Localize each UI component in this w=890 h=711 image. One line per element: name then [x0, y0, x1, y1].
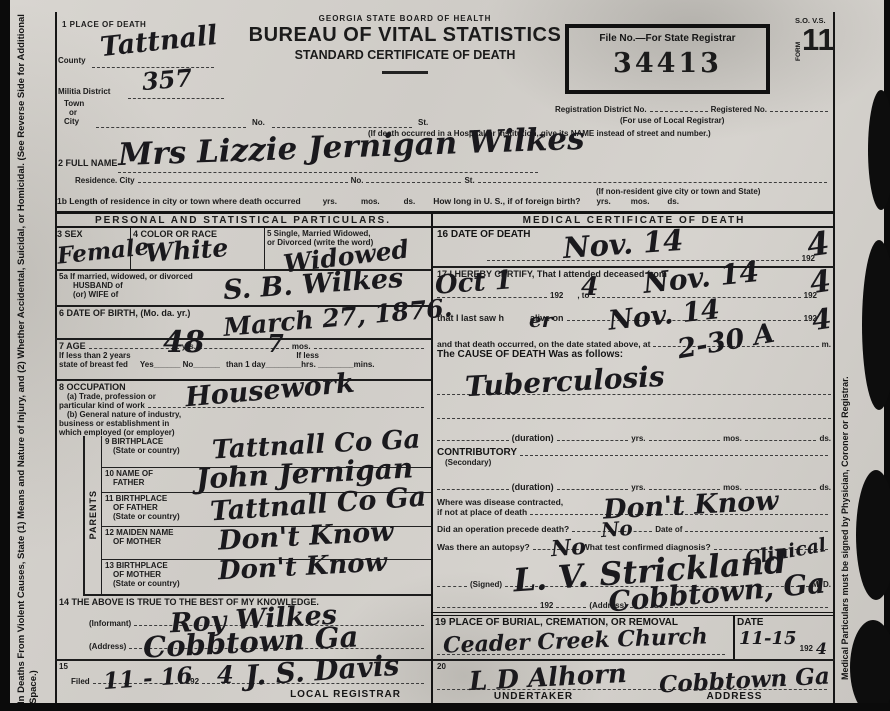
rule-line: [118, 171, 538, 173]
right-margin-note: Medical Particulars must be signed by Ph…: [840, 120, 854, 680]
row-burial: 19 PLACE OF BURIAL, CREMATION, OR REMOVA…: [433, 616, 835, 661]
rule-line: [650, 110, 708, 112]
ds-label: ds.: [819, 434, 831, 443]
row-age: 7 AGE yrs. mos. If less than 2 years If …: [55, 340, 431, 381]
file-number: 34413: [569, 48, 766, 79]
length-of-residence-row: 1b Length of residence in city or town w…: [57, 196, 833, 206]
rule-line: [649, 439, 721, 441]
parents-rows: 9 BIRTHPLACE (State or country) Tattnall…: [102, 436, 431, 594]
full-name-label: 2 FULL NAME: [58, 158, 117, 168]
rule-line: [96, 126, 246, 128]
rule-line: [314, 347, 424, 349]
scan-artifact: [862, 240, 890, 410]
age-line3a: state of breast fed: [59, 360, 128, 369]
age-years-handwriting: 48: [163, 328, 205, 358]
mos-label: mos.: [361, 197, 380, 206]
row-undertaker: 20 L D Alhorn Cobbtown Ga UNDERTAKER ADD…: [433, 661, 835, 703]
duration-label: (duration): [512, 433, 554, 443]
rule-line: [437, 606, 537, 608]
medical-column: MEDICAL CERTIFICATE OF DEATH 16 DATE OF …: [433, 214, 835, 703]
row-blank-line: [433, 400, 835, 422]
burial-date-handwriting: 11-15: [739, 630, 797, 648]
rule-line: [437, 439, 509, 441]
date-of-death-year-handwriting: 4: [805, 227, 832, 262]
row-contributory: CONTRIBUTORY (Secondary): [433, 446, 835, 471]
date-of-label: Date of: [655, 525, 682, 534]
color-race-field: 4 COLOR OR RACE White: [131, 228, 265, 269]
ds-label: ds.: [404, 197, 416, 206]
county-label: County: [58, 56, 86, 65]
rule-line: [685, 530, 828, 532]
rule-line: [478, 181, 827, 183]
m-label: m.: [822, 340, 831, 349]
bureau-title: BUREAU OF VITAL STATISTICS: [245, 24, 565, 47]
town-label: Town: [64, 99, 84, 108]
residence-row: Residence. City No. St.: [75, 176, 830, 185]
rule-line: [437, 417, 831, 419]
marital-field: 5 Single, Married Widowed, or Divorced (…: [265, 228, 431, 269]
contributory-label: CONTRIBUTORY: [437, 447, 517, 458]
registered-no-label: Registered No.: [711, 105, 767, 114]
file-number-box: File No.—For State Registrar 34413: [565, 24, 770, 94]
ds-label: ds.: [819, 483, 831, 492]
age-line2b: If less: [296, 351, 319, 360]
ds-label: ds.: [667, 197, 679, 206]
row-cause-value: Tuberculosis: [433, 370, 835, 400]
occupation-a2: particular kind of work: [59, 401, 145, 410]
militia-district-label: Militia District: [58, 87, 110, 96]
no-label: No.: [252, 118, 265, 127]
residence-no-label: No.: [351, 176, 364, 185]
personal-column: PERSONAL AND STATISTICAL PARTICULARS. 3 …: [55, 214, 433, 703]
age-line2a: If less than 2 years: [59, 351, 131, 360]
rule-line: [770, 110, 828, 112]
yrs-label: yrs.: [631, 483, 645, 492]
burial-place-cell: 19 PLACE OF BURIAL, CREMATION, OR REMOVA…: [433, 616, 735, 659]
attended-from-year-handwriting: 4: [581, 274, 598, 299]
death-certificate-scan: In Deaths From Violent Causes, State (1)…: [0, 0, 890, 711]
rule-line: [437, 585, 467, 587]
burial-year-handwriting: 4: [816, 641, 827, 657]
secondary-label: (Secondary): [445, 458, 831, 467]
cause-of-death-handwriting: Tuberculosis: [464, 363, 665, 401]
local-registrar-use-note: (For use of Local Registrar): [620, 116, 724, 125]
rule-line: [366, 181, 461, 183]
rule-line: [138, 181, 348, 183]
burial-place-handwriting: Ceader Creek Church: [443, 625, 708, 656]
row-filed: 15 Filed 192 11 - 16 4 J. S. Davis LOCAL…: [55, 661, 431, 703]
contracted-label-2: if not at place of death: [437, 507, 527, 517]
operation-label: Did an operation precede death?: [437, 524, 569, 534]
row-mother-birthplace: 13 BIRTHPLACE OF MOTHER (State or countr…: [102, 560, 431, 594]
year-prefix: 192: [550, 291, 563, 300]
form-body: PERSONAL AND STATISTICAL PARTICULARS. 3 …: [55, 211, 835, 703]
informant-label: (Informant): [89, 619, 131, 628]
autopsy-label: Was there an autopsy?: [437, 542, 530, 552]
or-label: or: [69, 108, 77, 117]
filed-label: Filed: [71, 677, 90, 686]
age-label: 7 AGE: [59, 341, 86, 351]
breast-fed-yes-no: Yes______ No______: [140, 360, 220, 369]
sex-field: 3 SEX Female: [55, 228, 131, 269]
parents-group: PARENTS 9 BIRTHPLACE (State or country) …: [83, 436, 431, 596]
form-number: 11: [802, 25, 835, 54]
duration-label: (duration): [512, 482, 554, 492]
informant-address-label: (Address): [89, 642, 126, 651]
date-of-death-handwriting: Nov. 14: [562, 226, 684, 263]
filed-date-handwriting: 11 - 16: [102, 664, 193, 693]
residence-st-label: St.: [464, 176, 474, 185]
personal-section-title: PERSONAL AND STATISTICAL PARTICULARS.: [55, 214, 431, 228]
row-where-contracted: Where was disease contracted, if not at …: [433, 496, 835, 523]
filed-year-handwriting: 4: [217, 663, 234, 687]
undertaker-signature-handwriting: L D Alhorn: [468, 661, 627, 695]
signed-label: (Signed): [470, 580, 502, 589]
how-long-us-label: How long in U. S., if of foreign birth?: [433, 196, 580, 206]
scan-artifact: [856, 470, 890, 600]
city-label: City: [64, 117, 79, 126]
rule-line: [557, 439, 629, 441]
militia-district-value-handwriting: 357: [141, 66, 193, 94]
yrs-label: yrs.: [631, 434, 645, 443]
registration-row: Registration District No. Registered No.: [555, 105, 831, 114]
form-id-corner: S.O. V.S. FORM 11: [795, 16, 835, 61]
scan-artifact: [868, 90, 890, 210]
non-resident-note: (If non-resident give city or town and S…: [596, 187, 760, 196]
occurred-label: and that death occurred, on the date sta…: [437, 339, 650, 349]
rule-line: [557, 488, 629, 490]
certificate-title: STANDARD CERTIFICATE OF DEATH: [245, 48, 565, 62]
year-prefix: 192: [800, 644, 813, 653]
header-rule: [382, 71, 428, 74]
mos-label: mos.: [723, 434, 742, 443]
row-duration-1: (duration) yrs. mos. ds.: [433, 422, 835, 446]
form-word: FORM: [795, 27, 802, 61]
board-title: GEORGIA STATE BOARD OF HEALTH: [245, 14, 565, 23]
burial-date-cell: DATE 11-15 192 4: [735, 616, 835, 659]
row-last-saw: that I last saw h alive on 192 er Nov. 1…: [433, 312, 835, 338]
rule-line: [520, 454, 828, 456]
yrs-label: yrs.: [323, 197, 337, 206]
attended-from-handwriting: Oct 1: [434, 267, 513, 298]
scan-artifact: [0, 0, 10, 711]
mos-label: mos.: [631, 197, 650, 206]
residence-label: Residence. City: [75, 176, 135, 185]
scan-artifact: [0, 703, 890, 711]
age-months-handwriting: 7: [267, 332, 284, 356]
rule-line: [745, 439, 817, 441]
local-registrar-caption: LOCAL REGISTRAR: [290, 689, 401, 700]
rule-line: [437, 488, 509, 490]
operation-value-handwriting: No: [600, 518, 633, 540]
file-box-title: File No.—For State Registrar: [569, 33, 766, 44]
row-signed: (Signed) M. D. L. V. Strickland 192 (Add…: [433, 563, 835, 616]
cause-of-death-label: The CAUSE OF DEATH Was as follows:: [437, 349, 831, 360]
year-prefix: 192: [540, 601, 553, 610]
last-saw-pronoun-handwriting: er: [529, 310, 552, 330]
rule-line: [556, 606, 586, 608]
left-margin-note: In Deaths From Violent Causes, State (1)…: [16, 6, 54, 704]
form-header: GEORGIA STATE BOARD OF HEALTH BUREAU OF …: [245, 14, 565, 74]
attended-to-year-handwriting: 4: [808, 267, 833, 300]
registration-district-label: Registration District No.: [555, 105, 647, 114]
yrs-label: yrs.: [597, 197, 611, 206]
row-operation: Did an operation precede death? Date of …: [433, 523, 835, 541]
color-race-value-handwriting: White: [144, 235, 229, 266]
parents-side-label: PARENTS: [85, 436, 102, 594]
occupation-b1: (b) General nature of industry,: [67, 410, 427, 419]
length-label: 1b Length of residence in city or town w…: [57, 196, 301, 206]
scan-artifact: [850, 620, 890, 711]
burial-date-label: DATE: [737, 617, 833, 628]
last-saw-year-handwriting: 4: [810, 305, 833, 335]
row-date-of-death: 16 DATE OF DEATH Nov. 14 192 4: [433, 228, 835, 268]
mos-label: mos.: [292, 342, 311, 351]
row-date-of-birth: 6 DATE OF BIRTH, (Mo. da. yr.) March 27,…: [55, 307, 431, 340]
rule-line: [128, 97, 224, 99]
